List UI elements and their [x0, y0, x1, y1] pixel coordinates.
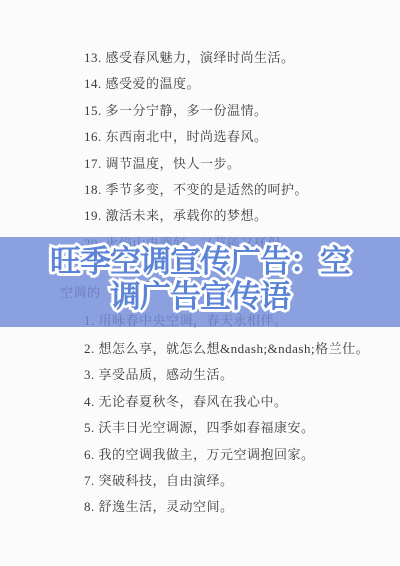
- list-item: 15. 多一分宁静，多一份温情。: [84, 98, 390, 124]
- overlay-title-line1: 旺季空调宣传广告：空 旺季空调宣传广告：空: [0, 244, 400, 279]
- article-page: 13. 感受春风魅力，演绎时尚生活。 14. 感受爱的温度。 15. 多一分宁静…: [0, 0, 400, 566]
- overlay-title-line2-fill: 调广告宣传语: [110, 279, 290, 314]
- list-item: 19. 激活未来，承载你的梦想。: [84, 203, 390, 229]
- slogan-list-bottom: 2. 想怎么享，就怎么想&ndash;&ndash;格兰仕。 3. 享受品质，感…: [84, 336, 390, 521]
- list-item: 13. 感受春风魅力，演绎时尚生活。: [84, 45, 390, 71]
- overlay-title: 旺季空调宣传广告：空 旺季空调宣传广告：空 调广告宣传语 调广告宣传语: [0, 244, 400, 314]
- list-item: 16. 东西南北中，时尚选春风。: [84, 124, 390, 150]
- list-item: 7. 突破科技，自由演绎。: [84, 468, 390, 494]
- list-item: 5. 沃丰日光空调源，四季如春福康安。: [84, 415, 390, 441]
- overlay-title-line2: 调广告宣传语 调广告宣传语: [0, 279, 400, 314]
- overlay-title-line1-fill: 旺季空调宣传广告：空: [50, 244, 350, 279]
- list-item: 4. 无论春夏秋冬，春风在我心中。: [84, 389, 390, 415]
- list-item: 2. 想怎么享，就怎么想&ndash;&ndash;格兰仕。: [84, 336, 390, 362]
- list-item: 14. 感受爱的温度。: [84, 71, 390, 97]
- slogan-list-top: 13. 感受春风魅力，演绎时尚生活。 14. 感受爱的温度。 15. 多一分宁静…: [84, 45, 390, 230]
- list-item: 17. 调节温度，快人一步。: [84, 151, 390, 177]
- list-item: 18. 季节多变，不变的是适然的呵护。: [84, 177, 390, 203]
- list-item: 8. 舒逸生活，灵动空间。: [84, 494, 390, 520]
- list-item: 3. 享受品质，感动生活。: [84, 362, 390, 388]
- list-item: 6. 我的空调我做主，万元空调抱回家。: [84, 442, 390, 468]
